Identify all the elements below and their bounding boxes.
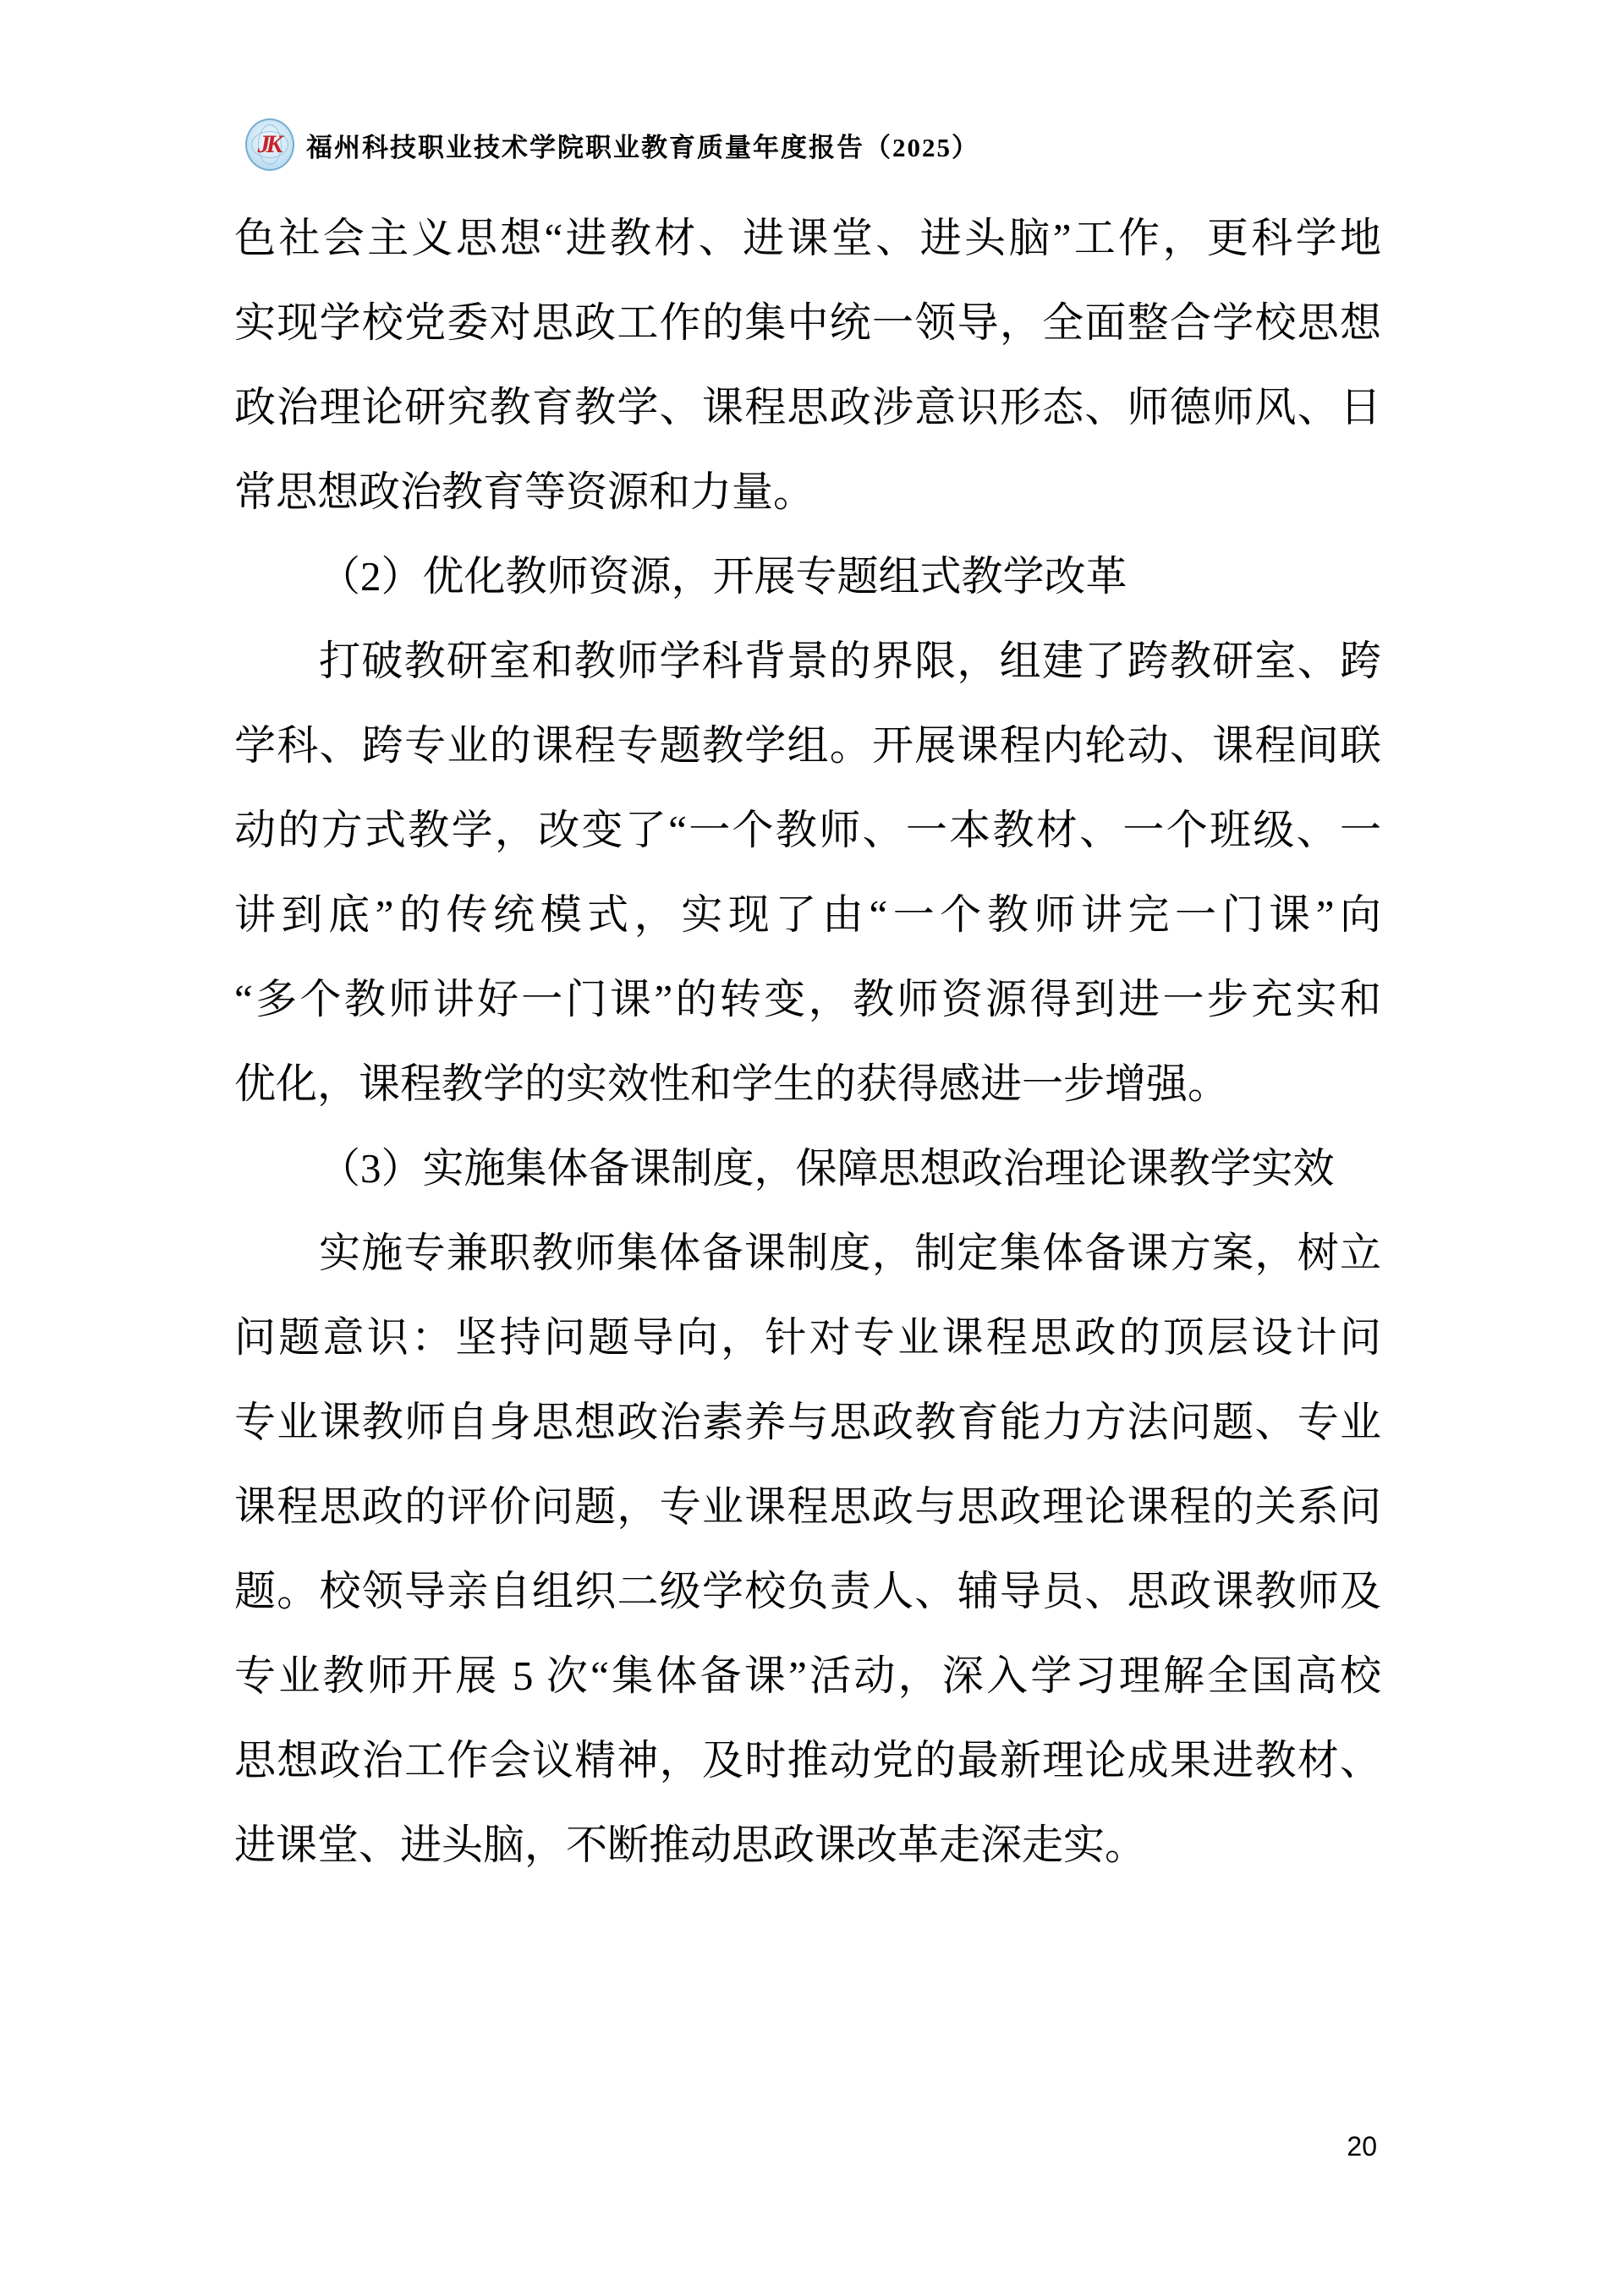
body-line: 题。校领导亲自组织二级学校负责人、辅导员、思政课教师及: [234, 1549, 1381, 1634]
body-line: 进课堂、进头脑，不断推动思政课改革走深走实。: [234, 1803, 1381, 1888]
body-line: （2）优化教师资源，开展专题组式教学改革: [234, 534, 1381, 619]
page-header: JK 福州科技职业技术学院职业教育质量年度报告（2025）: [245, 118, 979, 171]
body-line: 学科、跨专业的课程专题教学组。开展课程内轮动、课程间联: [234, 704, 1381, 788]
body-line: 优化，课程教学的实效性和学生的获得感进一步增强。: [234, 1042, 1381, 1126]
body-line: 思想政治工作会议精神，及时推动党的最新理论成果进教材、: [234, 1718, 1381, 1803]
body-line: 课程思政的评价问题，专业课程思政与思政理论课程的关系问: [234, 1465, 1381, 1549]
school-logo-icon: JK: [245, 118, 294, 171]
body-line: “多个教师讲好一门课”的转变，教师资源得到进一步充实和: [234, 957, 1381, 1042]
body-line: 实现学校党委对思政工作的集中统一领导，全面整合学校思想: [234, 281, 1381, 365]
body-line: 常思想政治教育等资源和力量。: [234, 450, 1381, 534]
body-line: 讲到底”的传统模式，实现了由“一个教师讲完一门课”向: [234, 873, 1381, 957]
body-line: 打破教研室和教师学科背景的界限，组建了跨教研室、跨: [234, 619, 1381, 704]
body-line: 动的方式教学，改变了“一个教师、一本教材、一个班级、一: [234, 788, 1381, 873]
document-body: 色社会主义思想“进教材、进课堂、进头脑”工作，更科学地实现学校党委对思政工作的集…: [234, 196, 1381, 1888]
document-page: JK 福州科技职业技术学院职业教育质量年度报告（2025） 色社会主义思想“进教…: [0, 0, 1624, 2296]
body-line: （3）实施集体备课制度，保障思想政治理论课教学实效: [234, 1126, 1381, 1211]
body-line: 色社会主义思想“进教材、进课堂、进头脑”工作，更科学地: [234, 196, 1381, 281]
body-line: 专业教师开展 5 次“集体备课”活动，深入学习理解全国高校: [234, 1634, 1381, 1718]
body-line: 问题意识：坚持问题导向，针对专业课程思政的顶层设计问题、: [234, 1296, 1381, 1380]
body-line: 政治理论研究教育教学、课程思政涉意识形态、师德师风、日: [234, 365, 1381, 450]
header-title: 福州科技职业技术学院职业教育质量年度报告（2025）: [306, 126, 979, 164]
page-number: 20: [1347, 2131, 1377, 2162]
body-line: 实施专兼职教师集体备课制度，制定集体备课方案，树立: [234, 1211, 1381, 1296]
body-line: 专业课教师自身思想政治素养与思政教育能力方法问题、专业: [234, 1380, 1381, 1465]
school-logo-monogram: JK: [257, 132, 282, 157]
